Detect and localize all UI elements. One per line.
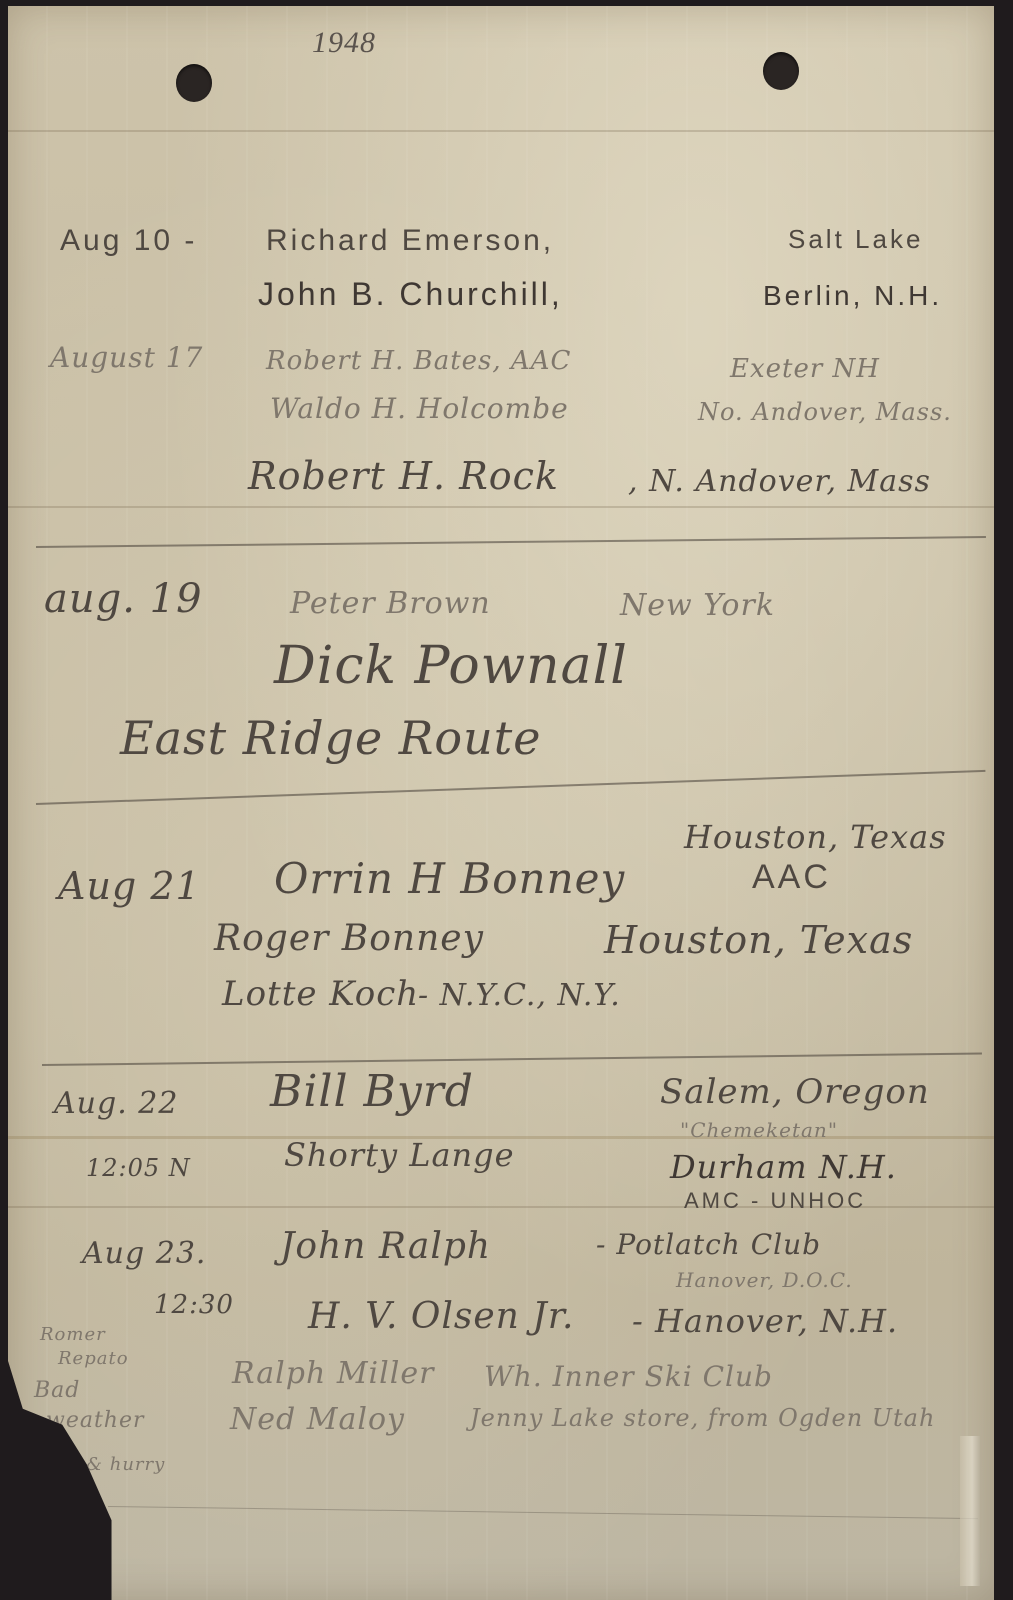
entry-name: Lotte Koch (222, 974, 419, 1014)
entry-name: Robert H. Bates, AAC (266, 346, 571, 376)
entry-date: aug. 19 (44, 576, 203, 622)
entry-name: Robert H. Rock (248, 454, 559, 498)
punch-hole-right (763, 52, 799, 90)
entry-affiliation: AAC (752, 858, 831, 897)
margin-note: Bad (34, 1378, 80, 1403)
entry-place: Durham N.H. (670, 1148, 897, 1186)
entry-name: Ralph Miller (232, 1356, 434, 1391)
entry-name: John Ralph (280, 1226, 491, 1267)
entry-time: 12:05 N (86, 1154, 191, 1182)
entry-place: - Hanover, N.H. (632, 1302, 898, 1340)
entry-place: - Potlatch Club (596, 1228, 821, 1261)
entry-place: Exeter NH (730, 354, 880, 384)
bottom-crease (108, 1506, 978, 1519)
entry-place: Wh. Inner Ski Club (484, 1360, 773, 1393)
entry-divider (36, 770, 985, 805)
entry-date: August 17 (50, 341, 203, 374)
entry-date: Aug 10 - (60, 224, 197, 258)
entry-name: Orrin H Bonney (274, 854, 625, 903)
entry-name: Dick Pownall (274, 636, 628, 696)
entry-place: Berlin, N.H. (763, 280, 942, 312)
entry-name: John B. Churchill, (258, 276, 563, 313)
register-page: 1948 Aug 10 - Richard Emerson, Salt Lake… (8, 6, 994, 1600)
entry-name: Bill Byrd (270, 1066, 474, 1117)
entry-place: - N.Y.C., N.Y. (418, 978, 621, 1013)
entry-place: Salem, Oregon (660, 1072, 930, 1112)
entry-route: East Ridge Route (120, 711, 541, 765)
page-fold (8, 130, 994, 132)
entry-place: New York (620, 588, 775, 623)
entry-name: H. V. Olsen Jr. (308, 1296, 574, 1337)
entry-name: Ned Maloy (230, 1402, 405, 1437)
entry-date: Aug. 22 (54, 1086, 178, 1121)
entry-place: Houston, Texas (604, 918, 913, 962)
entry-affiliation: AMC - UNHOC (684, 1188, 866, 1214)
page-fold (8, 506, 994, 508)
entry-place: Houston, Texas (684, 818, 947, 856)
margin-note: weather (46, 1408, 145, 1433)
entry-affiliation: Hanover, D.O.C. (676, 1268, 853, 1292)
year-heading: 1948 (312, 26, 376, 60)
entry-name: Richard Emerson, (266, 224, 554, 258)
margin-note: Repato (58, 1348, 129, 1369)
entry-time: 12:30 (154, 1290, 234, 1320)
entry-date: Aug 23. (82, 1236, 206, 1271)
entry-place: Salt Lake (788, 224, 923, 255)
entry-divider (36, 536, 986, 548)
photo-stage: 1948 Aug 10 - Richard Emerson, Salt Lake… (0, 0, 1013, 1600)
entry-name: Roger Bonney (214, 918, 484, 959)
entry-divider (42, 1053, 982, 1066)
entry-name: Shorty Lange (284, 1136, 515, 1174)
margin-note: & hurry (86, 1454, 165, 1475)
entry-name: Waldo H. Holcombe (270, 392, 569, 425)
entry-affiliation: "Chemeketan" (680, 1118, 838, 1142)
torn-right-edge (960, 1436, 980, 1586)
entry-date: Aug 21 (58, 864, 201, 908)
margin-note: Romer (40, 1324, 106, 1345)
entry-name: Peter Brown (290, 586, 491, 621)
entry-place: Jenny Lake store, from Ogden Utah (470, 1404, 935, 1432)
entry-place: , N. Andover, Mass (628, 464, 931, 499)
entry-place: No. Andover, Mass. (698, 398, 952, 426)
punch-hole-left (176, 64, 212, 102)
